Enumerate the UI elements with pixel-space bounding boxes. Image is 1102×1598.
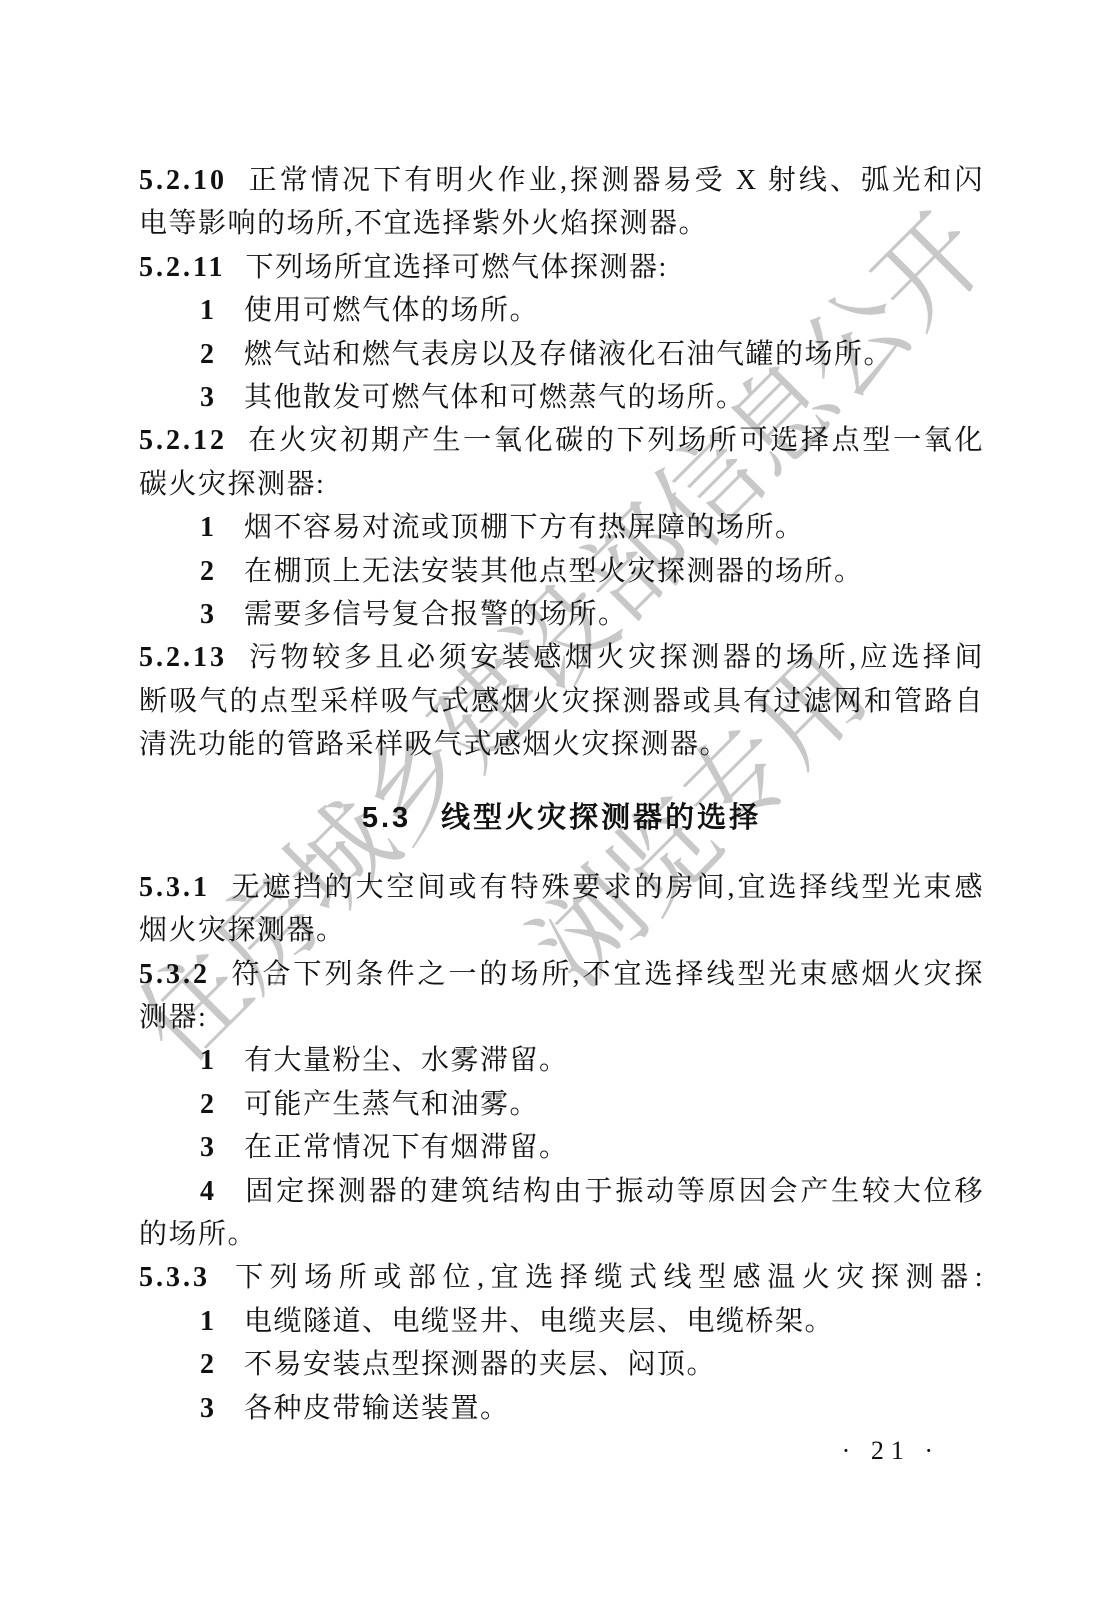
clause-number: 5.3.2 [139, 959, 210, 990]
clause-number: 5.2.10 [139, 165, 227, 196]
clause-text: 污物较多且必须安装感烟火灾探测器的场所,应选择间 [247, 642, 984, 673]
list-item-number: 3 [200, 599, 214, 630]
clause-5-2-12-line2: 碳火灾探测器: [139, 463, 984, 506]
list-item-text: 烟不容易对流或顶棚下方有热屏障的场所。 [244, 512, 805, 543]
list-item-text: 各种皮带输送装置。 [244, 1393, 510, 1424]
clause-5-3-2-line2: 测器: [139, 996, 984, 1039]
clause-5-2-13-line1: 5.2.13污物较多且必须安装感烟火灾探测器的场所,应选择间 [139, 636, 984, 679]
clause-5-3-1-line1: 5.3.1无遮挡的大空间或有特殊要求的房间,宜选择线型光束感 [139, 866, 984, 909]
list-item: 3其他散发可燃气体和可燃蒸气的场所。 [139, 376, 984, 419]
list-item: 2燃气站和燃气表房以及存储液化石油气罐的场所。 [139, 333, 984, 376]
list-item: 1有大量粉尘、水雾滞留。 [139, 1039, 984, 1082]
list-item-number: 1 [200, 295, 214, 326]
list-item: 4固定探测器的建筑结构由于振动等原因会产生较大位移 [139, 1170, 984, 1213]
clause-number: 5.2.12 [139, 425, 227, 456]
list-item-number: 3 [200, 1132, 214, 1163]
list-item: 2在棚顶上无法安装其他点型火灾探测器的场所。 [139, 550, 984, 593]
document-text-block: 5.2.10正常情况下有明火作业,探测器易受 X 射线、弧光和闪 电等影响的场所… [139, 159, 984, 1430]
clause-5-2-13-line2: 断吸气的点型采样吸气式感烟火灾探测器或具有过滤网和管路自 [139, 680, 984, 723]
list-item-text: 电缆隧道、电缆竖井、电缆夹层、电缆桥架。 [244, 1306, 834, 1337]
clause-text: 下列场所或部位,宜选择缆式线型感温火灾探测器: [230, 1262, 984, 1293]
clause-5-2-13-line3: 清洗功能的管路采样吸气式感烟火灾探测器。 [139, 723, 984, 766]
list-item-text: 使用可燃气体的场所。 [244, 295, 539, 326]
clause-number: 5.3.3 [139, 1262, 210, 1293]
list-item: 2不易安装点型探测器的夹层、闷顶。 [139, 1343, 984, 1386]
list-item-number: 4 [200, 1176, 214, 1207]
clause-5-2-11-line1: 5.2.11下列场所宜选择可燃气体探测器: [139, 246, 984, 289]
clause-text: 无遮挡的大空间或有特殊要求的房间,宜选择线型光束感 [230, 872, 984, 903]
section-heading-number: 5.3 [362, 802, 411, 834]
list-item-number: 1 [200, 1306, 214, 1337]
list-item: 1使用可燃气体的场所。 [139, 289, 984, 332]
clause-5-3-3-line1: 5.3.3下列场所或部位,宜选择缆式线型感温火灾探测器: [139, 1256, 984, 1299]
list-item-number: 2 [200, 339, 214, 370]
page-number: · 21 · [842, 1436, 940, 1466]
list-item: 3需要多信号复合报警的场所。 [139, 593, 984, 636]
list-item: 1电缆隧道、电缆竖井、电缆夹层、电缆桥架。 [139, 1300, 984, 1343]
list-item-text: 有大量粉尘、水雾滞留。 [244, 1045, 569, 1076]
section-heading-5-3: 5.3线型火灾探测器的选择 [139, 797, 984, 840]
clause-text: 符合下列条件之一的场所,不宜选择线型光束感烟火灾探 [230, 959, 984, 990]
list-item: 3各种皮带输送装置。 [139, 1387, 984, 1430]
list-item-continuation: 的场所。 [139, 1213, 984, 1256]
clause-5-2-10-line1: 5.2.10正常情况下有明火作业,探测器易受 X 射线、弧光和闪 [139, 159, 984, 202]
clause-number: 5.2.11 [139, 252, 225, 283]
clause-text: 下列场所宜选择可燃气体探测器: [245, 252, 667, 283]
list-item-number: 1 [200, 1045, 214, 1076]
list-item-text: 可能产生蒸气和油雾。 [244, 1089, 539, 1120]
list-item-text: 在正常情况下有烟滞留。 [244, 1132, 569, 1163]
clause-text: 在火灾初期产生一氧化碳的下列场所可选择点型一氧化 [247, 425, 984, 456]
clause-5-3-2-line1: 5.3.2符合下列条件之一的场所,不宜选择线型光束感烟火灾探 [139, 953, 984, 996]
list-item: 1烟不容易对流或顶棚下方有热屏障的场所。 [139, 506, 984, 549]
list-item-number: 2 [200, 1349, 214, 1380]
list-item-number: 3 [200, 382, 214, 413]
list-item: 2可能产生蒸气和油雾。 [139, 1083, 984, 1126]
list-item-text: 需要多信号复合报警的场所。 [244, 599, 628, 630]
clause-number: 5.3.1 [139, 872, 210, 903]
list-item-number: 2 [200, 556, 214, 587]
list-item-number: 2 [200, 1089, 214, 1120]
clause-text: 正常情况下有明火作业,探测器易受 X 射线、弧光和闪 [247, 165, 984, 196]
list-item: 3在正常情况下有烟滞留。 [139, 1126, 984, 1169]
list-item-text: 固定探测器的建筑结构由于振动等原因会产生较大位移 [244, 1176, 984, 1207]
list-item-text: 燃气站和燃气表房以及存储液化石油气罐的场所。 [244, 339, 893, 370]
section-heading-title: 线型火灾探测器的选择 [441, 802, 761, 834]
clause-number: 5.2.13 [139, 642, 227, 673]
list-item-text: 其他散发可燃气体和可燃蒸气的场所。 [244, 382, 746, 413]
list-item-number: 3 [200, 1393, 214, 1424]
clause-5-2-10-line2: 电等影响的场所,不宜选择紫外火焰探测器。 [139, 202, 984, 245]
clause-5-2-12-line1: 5.2.12在火灾初期产生一氧化碳的下列场所可选择点型一氧化 [139, 419, 984, 462]
list-item-text: 在棚顶上无法安装其他点型火灾探测器的场所。 [244, 556, 864, 587]
clause-5-3-1-line2: 烟火灾探测器。 [139, 909, 984, 952]
list-item-text: 不易安装点型探测器的夹层、闷顶。 [244, 1349, 716, 1380]
list-item-number: 1 [200, 512, 214, 543]
